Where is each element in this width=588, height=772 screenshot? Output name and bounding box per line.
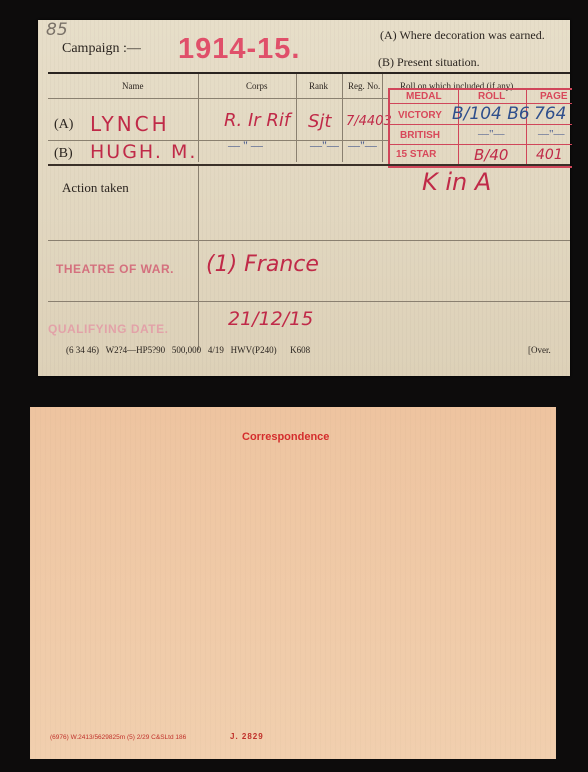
rank-ditto: —"— <box>310 138 339 153</box>
medal-index-card-front: 85 Campaign :— 1914-15. (A) Where decora… <box>38 20 570 376</box>
correspondence-title: Correspondence <box>242 431 329 443</box>
rank-value: Sjt <box>308 111 331 132</box>
row-divider <box>48 98 388 99</box>
medal-roll-stamp: MEDAL ROLL PAGE VICTORY B/104 B6 764 BRI… <box>388 88 572 168</box>
campaign-value: 1914-15. <box>178 33 301 66</box>
medal-header-medal: MEDAL <box>406 91 442 102</box>
reg-no-ditto: —"— <box>348 138 377 153</box>
forenames: HUGH. M. <box>90 141 197 163</box>
action-taken-value: K in A <box>422 168 491 196</box>
col-divider <box>296 74 297 162</box>
action-taken-label: Action taken <box>62 180 129 196</box>
pencil-note: 85 <box>46 20 68 40</box>
section-rule <box>48 164 570 166</box>
victory-roll: B/104 B6 <box>452 104 530 124</box>
medal-header-page: PAGE <box>540 91 568 102</box>
medal-header-roll: ROLL <box>478 91 505 102</box>
legend-a: (A) Where decoration was earned. <box>380 28 545 43</box>
card-print-code: (6 34 46) W2?4—HP5?90 500,000 4/19 HWV(P… <box>66 345 310 355</box>
corps-ditto: — " — <box>228 138 263 153</box>
row-divider <box>48 301 570 302</box>
col-divider <box>198 74 199 162</box>
star-page: 401 <box>536 147 563 163</box>
col-divider <box>198 166 199 350</box>
row-b-prefix: (B) <box>54 146 73 162</box>
row-divider <box>48 240 570 241</box>
legend-b: (B) Present situation. <box>378 55 480 70</box>
row-a-prefix: (A) <box>54 117 73 133</box>
reg-no-value: 7/4403 <box>346 114 392 129</box>
header-corps: Corps <box>246 81 268 91</box>
medal-index-card-back: Correspondence (6976) W.2413/5629825m (5… <box>30 407 556 759</box>
header-rank: Rank <box>309 81 328 91</box>
back-form-code: J. 2829 <box>230 732 264 741</box>
theatre-label: THEATRE OF WAR. <box>56 262 174 276</box>
star-roll: B/40 <box>474 146 508 164</box>
theatre-value: (1) France <box>206 252 319 277</box>
campaign-label: Campaign :— <box>62 41 141 57</box>
over-note: [Over. <box>528 345 551 355</box>
qualifying-date-label: QUALIFYING DATE. <box>48 322 168 336</box>
british-page-ditto: —"— <box>538 128 565 140</box>
header-rule <box>48 72 570 74</box>
header-reg-no: Reg. No. <box>348 81 380 91</box>
back-print-code: (6976) W.2413/5629825m (5) 2/29 C&SLtd 1… <box>50 734 186 741</box>
corps-value: R. Ir Rif <box>224 110 290 131</box>
british-roll-ditto: —"— <box>478 128 505 140</box>
medal-british: BRITISH <box>400 130 440 141</box>
medal-victory: VICTORY <box>398 110 442 121</box>
victory-page: 764 <box>534 104 566 124</box>
qualifying-date-value: 21/12/15 <box>228 308 313 330</box>
surname: LYNCH <box>90 112 170 136</box>
medal-15-star: 15 STAR <box>396 149 436 160</box>
col-divider <box>342 74 343 162</box>
header-name: Name <box>122 81 144 91</box>
